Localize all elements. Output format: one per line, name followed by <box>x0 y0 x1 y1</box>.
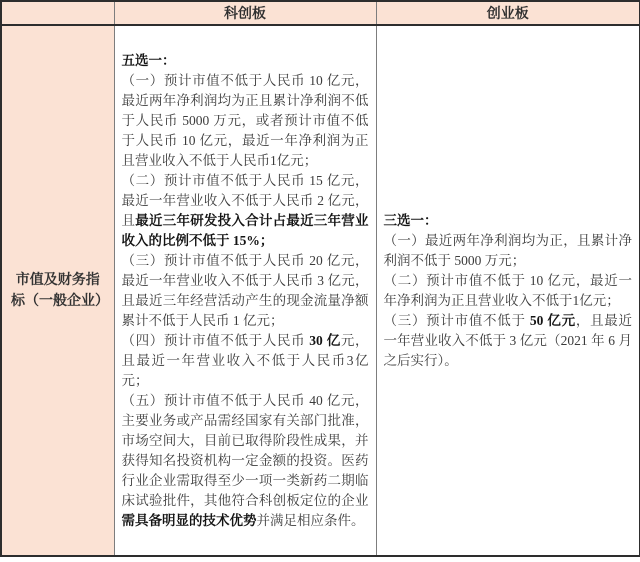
header-row: 科创板 创业板 <box>1 1 640 25</box>
chinext-cell: 三选一： （一）最近两年净利润均为正，且累计净利润不低于 5000 万元；（二）… <box>376 25 640 556</box>
requirement-item: （三）预计市值不低于 50 亿元，且最近一年营业收入不低于 3 亿元（2021 … <box>384 311 633 371</box>
chinext-items: （一）最近两年净利润均为正，且累计净利润不低于 5000 万元；（二）预计市值不… <box>384 231 633 371</box>
requirement-item: （一）最近两年净利润均为正，且累计净利润不低于 5000 万元； <box>384 231 633 271</box>
requirement-item: （一）预计市值不低于人民币 10 亿元，最近两年净利润均为正且累计净利润不低于人… <box>122 71 369 171</box>
chinext-intro: 三选一： <box>384 211 633 231</box>
criteria-row: 市值及财务指标（一般企业） 五选一： （一）预计市值不低于人民币 10 亿元，最… <box>1 25 640 556</box>
requirement-item: （二）预计市值不低于人民币 15 亿元，最近一年营业收入不低于人民币 2 亿元，… <box>122 171 369 251</box>
row-label-cell: 市值及财务指标（一般企业） <box>1 25 114 556</box>
requirement-item: （四）预计市值不低于人民币 30 亿元，且最近一年营业收入不低于人民币3亿元； <box>122 331 369 391</box>
requirement-item: （五）预计市值不低于人民币 40 亿元，主要业务或产品需经国家有关部门批准，市场… <box>122 391 369 531</box>
header-empty-cell <box>1 1 114 25</box>
row-label: 市值及财务指标（一般企业） <box>11 270 105 312</box>
requirement-item: （三）预计市值不低于人民币 20 亿元，最近一年营业收入不低于人民币 3 亿元，… <box>122 251 369 331</box>
star-market-cell: 五选一： （一）预计市值不低于人民币 10 亿元，最近两年净利润均为正且累计净利… <box>114 25 376 556</box>
requirement-item: （二）预计市值不低于 10 亿元，最近一年净利润为正且营业收入不低于1亿元； <box>384 271 633 311</box>
star-market-intro: 五选一： <box>122 51 369 71</box>
page: 科创板 创业板 市值及财务指标（一般企业） 五选一： （一）预计市值不低于人民币… <box>0 0 640 562</box>
header-star-market: 科创板 <box>114 1 376 25</box>
header-chinext: 创业板 <box>376 1 640 25</box>
listing-requirements-table: 科创板 创业板 市值及财务指标（一般企业） 五选一： （一）预计市值不低于人民币… <box>0 0 640 557</box>
star-market-items: （一）预计市值不低于人民币 10 亿元，最近两年净利润均为正且累计净利润不低于人… <box>122 71 369 531</box>
